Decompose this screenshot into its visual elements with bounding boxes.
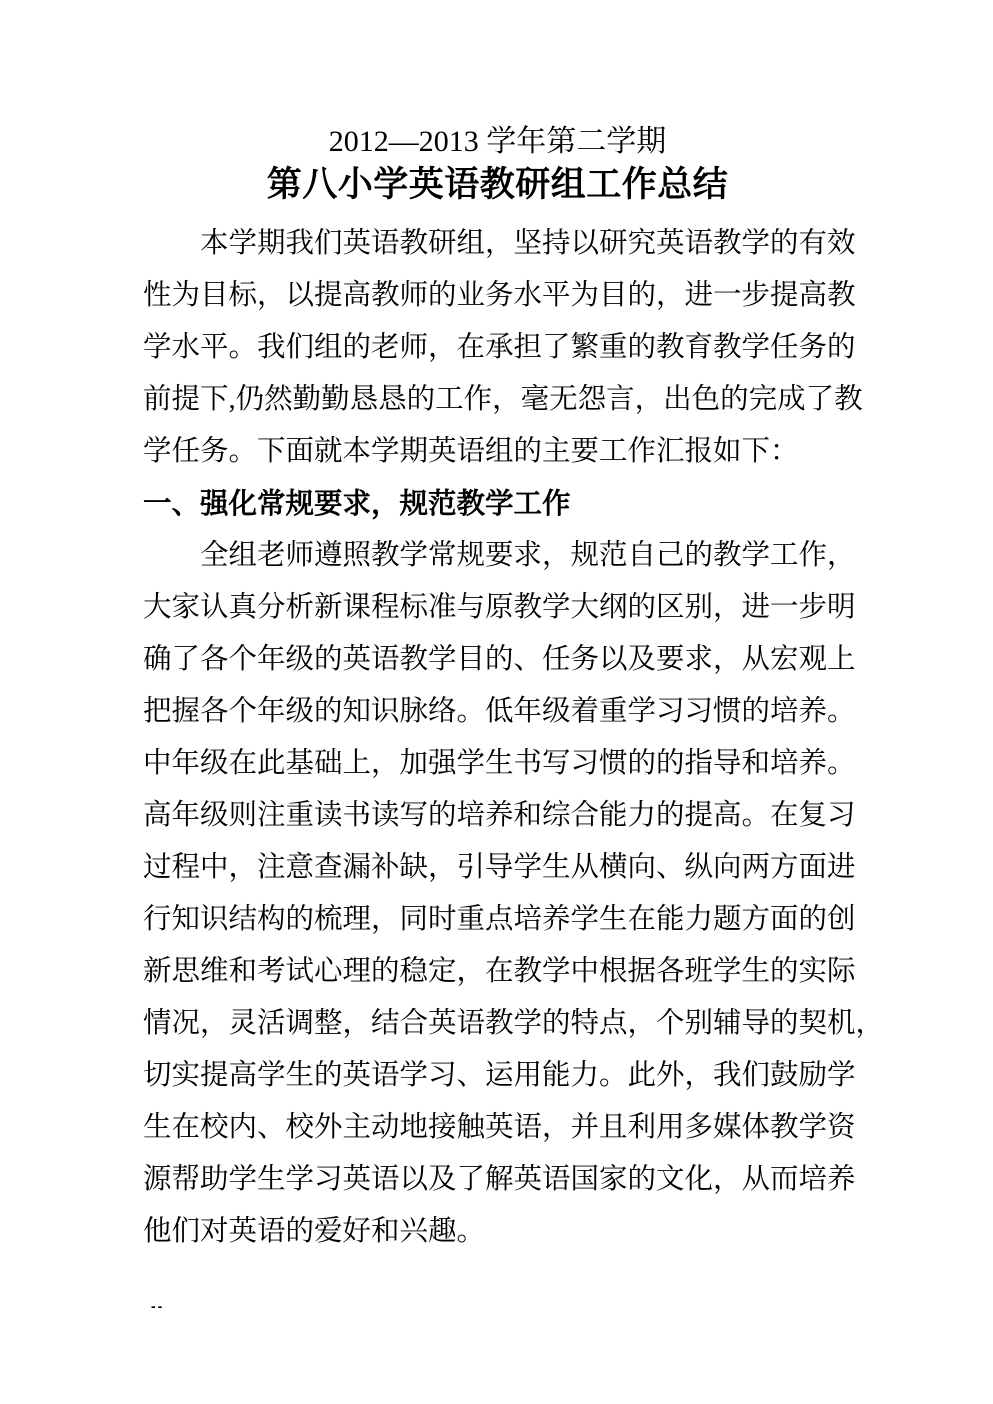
text-line: 前提下,仍然勤勤恳恳的工作，毫无怨言，出色的完成了教 (143, 374, 858, 426)
text-line: 中年级在此基础上，加强学生书写习惯的的指导和培养。 (143, 738, 858, 790)
document-body: 本学期我们英语教研组，坚持以研究英语教学的有效性为目标，以提高教师的业务水平为目… (143, 218, 858, 1258)
text-line: 源帮助学生学习英语以及了解英语国家的文化，从而培养 (143, 1154, 858, 1206)
text-line: 高年级则注重读书读写的培养和综合能力的提高。在复习 (143, 790, 858, 842)
text-line: 生在校内、校外主动地接触英语，并且利用多媒体教学资 (143, 1102, 858, 1154)
text-line: 过程中，注意查漏补缺，引导学生从横向、纵向两方面进 (143, 842, 858, 894)
paragraph-1: 本学期我们英语教研组，坚持以研究英语教学的有效性为目标，以提高教师的业务水平为目… (143, 218, 858, 478)
text-line: 行知识结构的梳理，同时重点培养学生在能力题方面的创 (143, 894, 858, 946)
footer-dash-mark: -- (151, 1298, 164, 1314)
section-1-heading: 一、强化常规要求，规范教学工作 (143, 478, 858, 530)
text-line: 学水平。我们组的老师，在承担了繁重的教育教学任务的 (143, 322, 858, 374)
text-line: 本学期我们英语教研组，坚持以研究英语教学的有效 (143, 218, 858, 270)
text-line: 学任务。下面就本学期英语组的主要工作汇报如下： (143, 426, 858, 478)
text-line: 全组老师遵照教学常规要求，规范自己的教学工作， (143, 530, 858, 582)
text-line: 情况，灵活调整，结合英语教学的特点，个别辅导的契机， (143, 998, 858, 1050)
text-line: 性为目标，以提高教师的业务水平为目的，进一步提高教 (143, 270, 858, 322)
text-line: 他们对英语的爱好和兴趣。 (143, 1206, 858, 1258)
document-subtitle: 2012—2013 学年第二学期 (140, 122, 855, 162)
document-page: 2012—2013 学年第二学期 第八小学英语教研组工作总结 本学期我们英语教研… (0, 0, 993, 1404)
text-line: 大家认真分析新课程标准与原教学大纲的区别，进一步明 (143, 582, 858, 634)
paragraph-2: 全组老师遵照教学常规要求，规范自己的教学工作，大家认真分析新课程标准与原教学大纲… (143, 530, 858, 1258)
document-title: 第八小学英语教研组工作总结 (140, 162, 855, 208)
text-line: 切实提高学生的英语学习、运用能力。此外，我们鼓励学 (143, 1050, 858, 1102)
text-line: 把握各个年级的知识脉络。低年级着重学习习惯的培养。 (143, 686, 858, 738)
text-line: 确了各个年级的英语教学目的、任务以及要求，从宏观上 (143, 634, 858, 686)
text-line: 新思维和考试心理的稳定，在教学中根据各班学生的实际 (143, 946, 858, 998)
